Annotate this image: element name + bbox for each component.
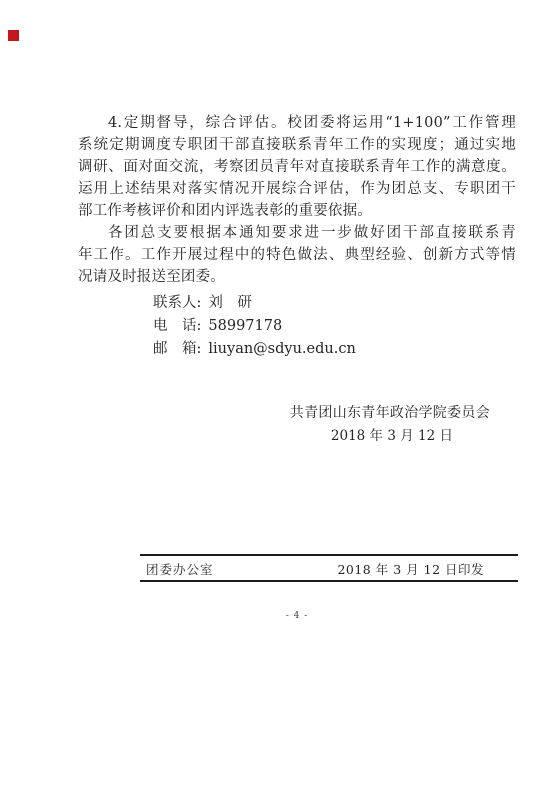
body-line: 运用上述结果对落实情况开展综合评估，作为团总支、专职团干	[78, 178, 516, 200]
footer-top-rule	[140, 554, 518, 556]
contact-phone-row: 电 话:58997178	[153, 315, 356, 338]
body-line: 年工作。工作开展过程中的特色做法、典型经验、创新方式等情	[78, 244, 516, 266]
body-line: 况请及时报送至团委。	[78, 266, 516, 288]
contact-block: 联系人:刘 研 电 话:58997178 邮 箱:liuyan@sdyu.edu…	[153, 292, 356, 361]
body-line: 4.定期督导，综合评估。校团委将运用“1+100”工作管理	[78, 112, 516, 134]
body-line: 系统定期调度专职团干部直接联系青年工作的实现度；通过实地	[78, 134, 516, 156]
contact-person-row: 联系人:刘 研	[153, 292, 356, 315]
footer-issue-date: 2018 年 3 月 12 日印发	[337, 560, 518, 578]
red-square-marker	[8, 30, 19, 41]
contact-email-row: 邮 箱:liuyan@sdyu.edu.cn	[153, 338, 356, 361]
footer-office: 团委办公室	[140, 560, 214, 578]
contact-person-label: 联系人:	[153, 295, 201, 311]
contact-email-value: liuyan@sdyu.edu.cn	[208, 341, 355, 357]
body-line: 部工作考核评价和团内评选表彰的重要依据。	[78, 200, 516, 222]
contact-person-value: 刘 研	[208, 295, 252, 311]
contact-phone-label: 电 话:	[153, 318, 201, 334]
footer-row: 团委办公室 2018 年 3 月 12 日印发	[140, 559, 518, 579]
contact-email-label: 邮 箱:	[153, 341, 201, 357]
signature-org: 共青团山东青年政治学院委员会	[290, 402, 490, 422]
body-text: 4.定期督导，综合评估。校团委将运用“1+100”工作管理 系统定期调度专职团干…	[78, 112, 516, 288]
contact-phone-value: 58997178	[208, 318, 282, 334]
page-number: - 4 -	[78, 611, 516, 621]
body-line: 调研、面对面交流，考察团员青年对直接联系青年工作的满意度。	[78, 156, 516, 178]
body-line: 各团总支要根据本通知要求进一步做好团干部直接联系青	[78, 222, 516, 244]
document-page: 4.定期督导，综合评估。校团委将运用“1+100”工作管理 系统定期调度专职团干…	[0, 0, 546, 787]
footer-bottom-rule	[140, 580, 518, 582]
signature-date: 2018 年 3 月 12 日	[331, 424, 453, 444]
